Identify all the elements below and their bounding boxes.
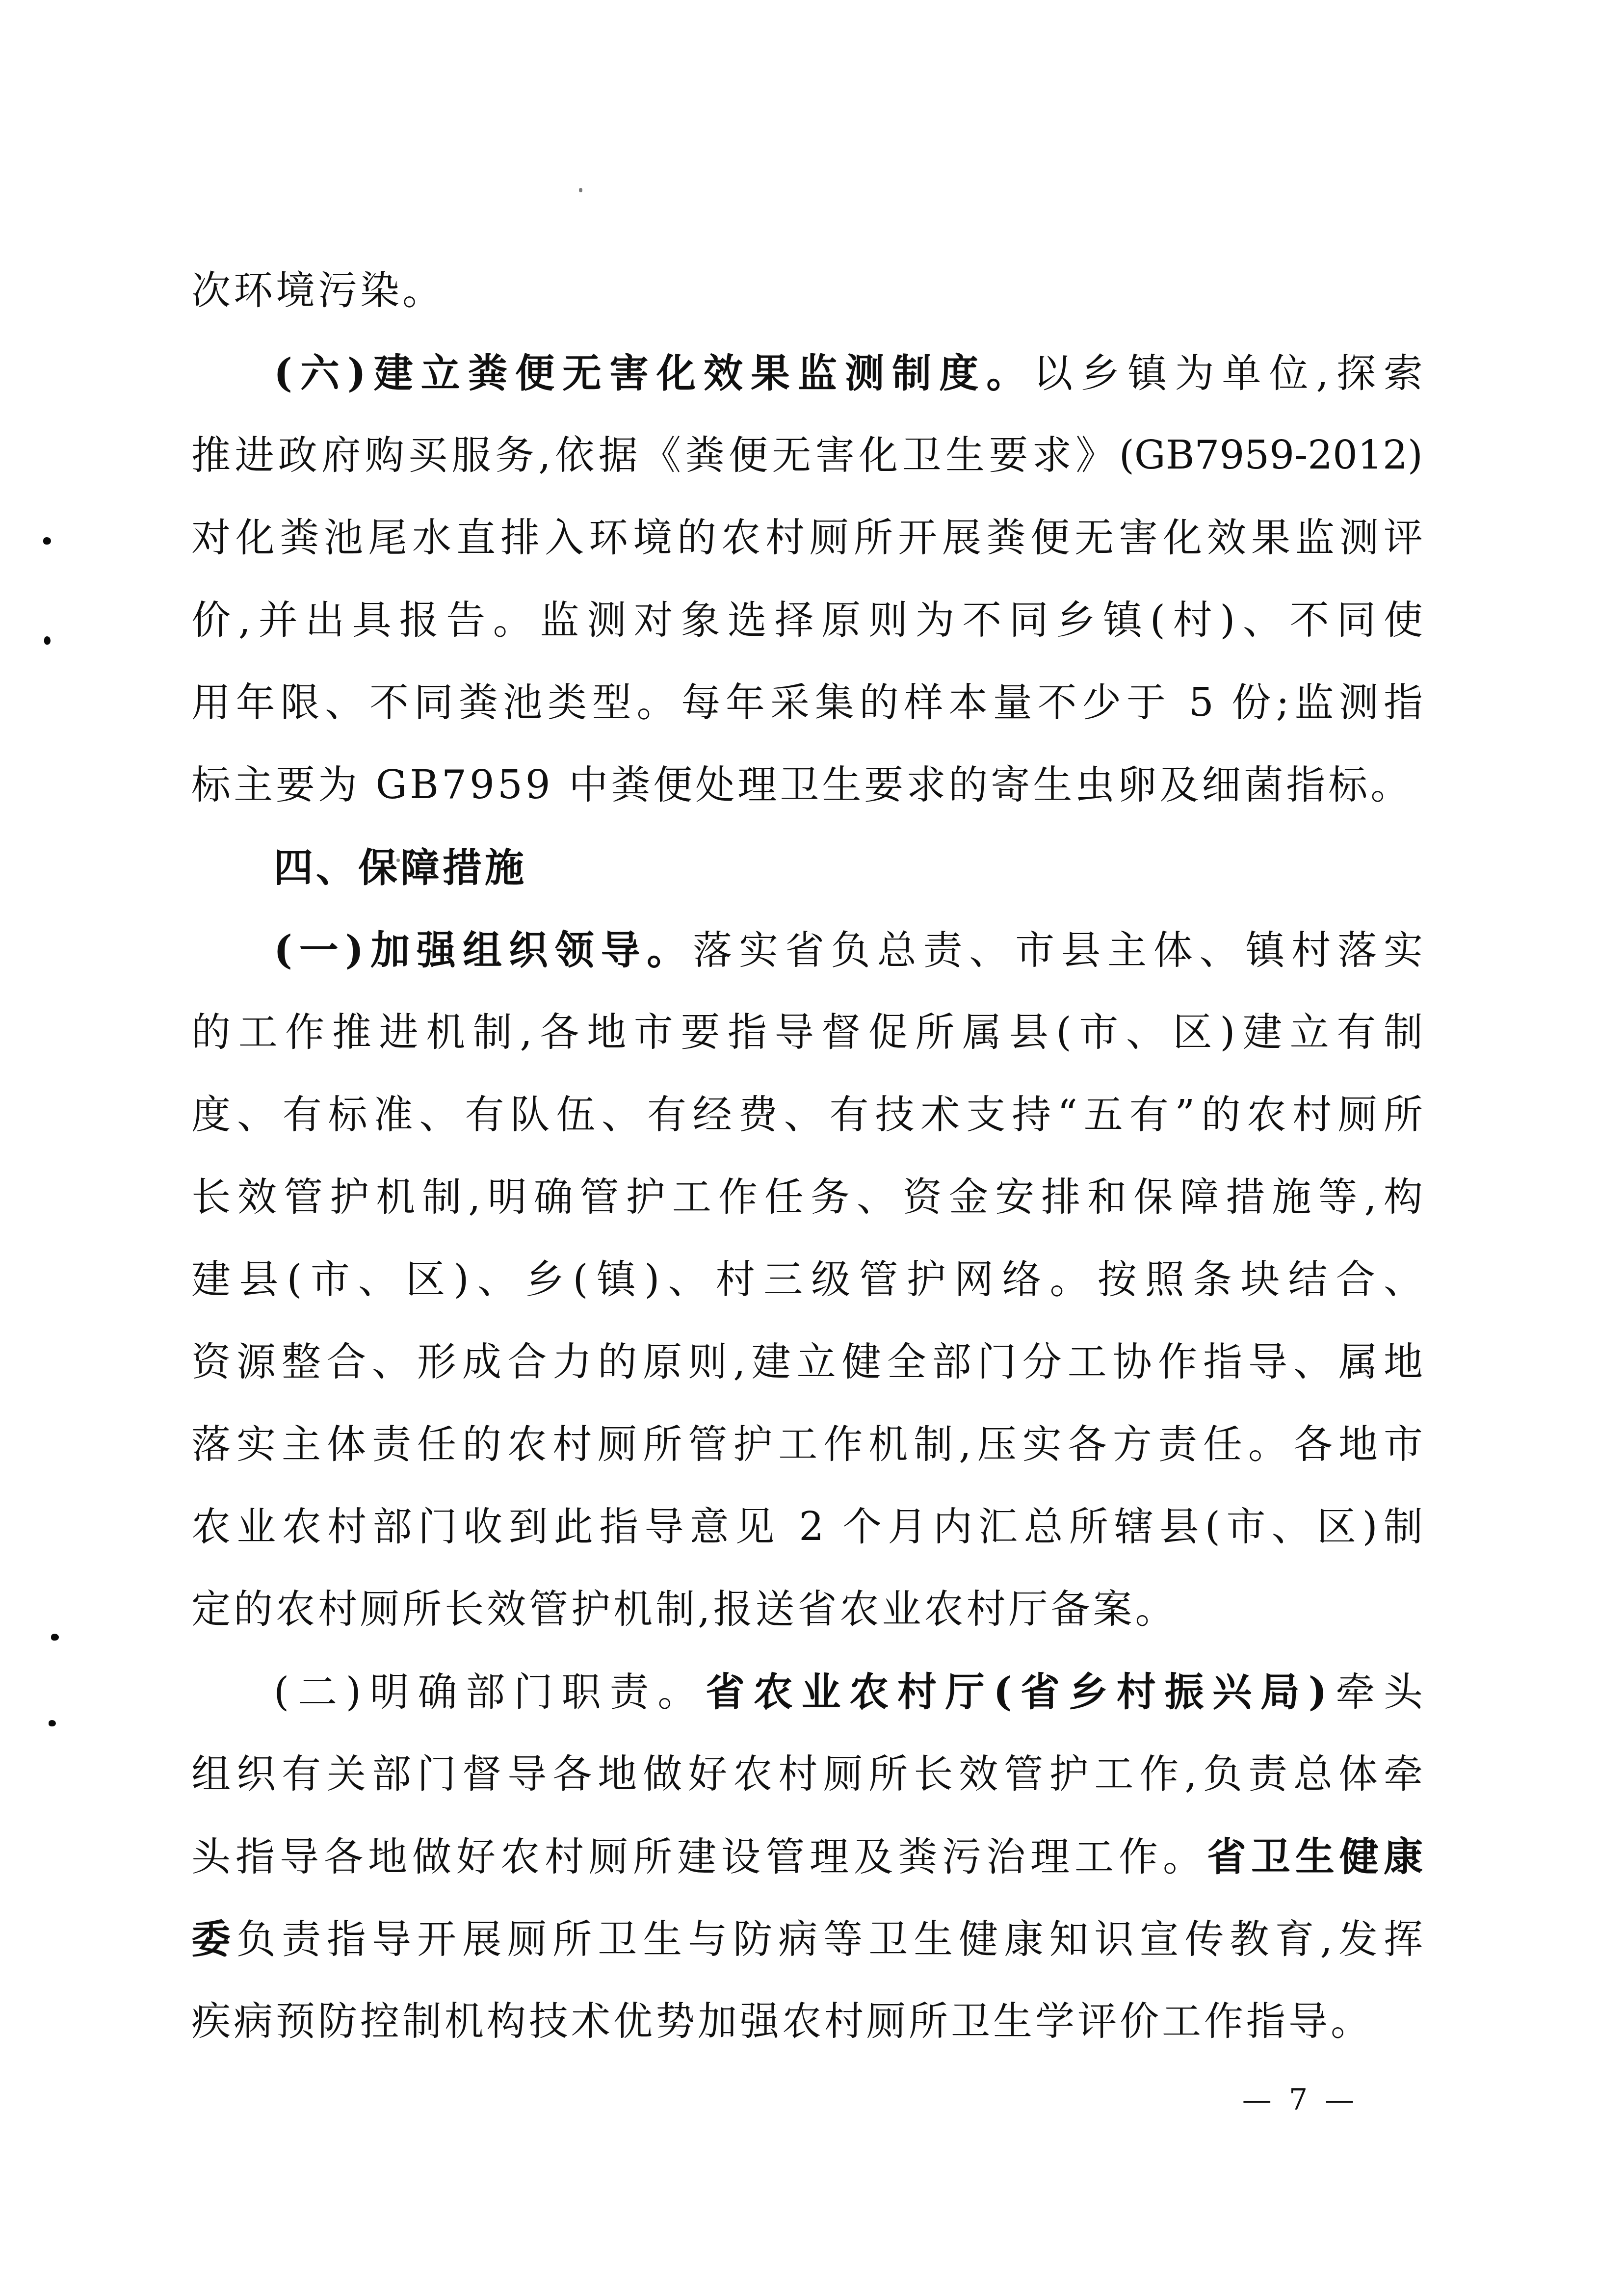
text-line: 疾病预防控制机构技术优势加强农村厕所卫生学评价工作指导。 bbox=[191, 1980, 1423, 2062]
text-segment: 度、有标准、有队伍、有经费、有技术支持“五有”的农村厕所 bbox=[191, 1092, 1423, 1137]
text-line: 价,并出具报告。监测对象选择原则为不同乡镇(村)、不同使 bbox=[191, 579, 1423, 661]
text-line: 组织有关部门督导各地做好农村厕所长效管护工作,负责总体牵 bbox=[191, 1733, 1423, 1815]
text-segment: (二)明确部门职责。 bbox=[274, 1669, 706, 1715]
text-segment: 农业农村部门收到此指导意见 2 个月内汇总所辖县(市、区)制 bbox=[191, 1504, 1423, 1549]
text-segment: 负责指导开展厕所卫生与防病等卫生健康知识宣传教育,发挥 bbox=[236, 1916, 1423, 1962]
text-line: 次环境污染。 bbox=[191, 249, 1423, 332]
text-segment: 推进政府购买服务,依据《粪便无害化卫生要求》(GB7959-2012) bbox=[191, 432, 1423, 478]
text-line: 度、有标准、有队伍、有经费、有技术支持“五有”的农村厕所 bbox=[191, 1073, 1423, 1156]
text-segment: 定的农村厕所长效管护机制,报送省农业农村厅备案。 bbox=[191, 1586, 1177, 1632]
bold-text-segment: 四、保障措施 bbox=[274, 844, 527, 890]
bold-text-segment: (一)加强组织领导。 bbox=[274, 927, 693, 973]
text-line: 资源整合、形成合力的原则,建立健全部门分工协作指导、属地 bbox=[191, 1321, 1423, 1403]
text-segment: 的工作推进机制,各地市要指导督促所属县(市、区)建立有制 bbox=[191, 1009, 1423, 1055]
text-segment: 牵头 bbox=[1327, 1669, 1423, 1715]
text-segment: 价,并出具报告。监测对象选择原则为不同乡镇(村)、不同使 bbox=[191, 597, 1423, 643]
section-heading: 四、保障措施 bbox=[191, 826, 1423, 909]
ink-speck bbox=[51, 1634, 59, 1641]
text-segment: 对化粪池尾水直排入环境的农村厕所开展粪便无害化效果监测评 bbox=[191, 515, 1423, 560]
text-line: (六)建立粪便无害化效果监测制度。以乡镇为单位,探索 bbox=[191, 332, 1423, 414]
text-line: 定的农村厕所长效管护机制,报送省农业农村厅备案。 bbox=[191, 1568, 1423, 1650]
text-segment: 资源整合、形成合力的原则,建立健全部门分工协作指导、属地 bbox=[191, 1339, 1423, 1384]
bold-text-segment: 省农业农村厅(省乡村振兴局) bbox=[706, 1669, 1327, 1715]
ink-speck bbox=[43, 537, 51, 545]
text-line: (二)明确部门职责。省农业农村厅(省乡村振兴局)牵头 bbox=[191, 1650, 1423, 1733]
text-segment: 以乡镇为单位,探索 bbox=[1033, 350, 1423, 396]
text-segment: 建县(市、区)、乡(镇)、村三级管护网络。按照条块结合、 bbox=[191, 1256, 1423, 1302]
text-line: 委负责指导开展厕所卫生与防病等卫生健康知识宣传教育,发挥 bbox=[191, 1898, 1423, 1980]
text-segment: 长效管护机制,明确管护工作任务、资金安排和保障措施等,构 bbox=[191, 1174, 1423, 1220]
text-line: 农业农村部门收到此指导意见 2 个月内汇总所辖县(市、区)制 bbox=[191, 1486, 1423, 1568]
bold-text-segment: 省卫生健康 bbox=[1207, 1833, 1423, 1879]
text-line: 标主要为 GB7959 中粪便处理卫生要求的寄生虫卵及细菌指标。 bbox=[191, 744, 1423, 826]
text-segment: 头指导各地做好农村厕所建设管理及粪污治理工作。 bbox=[191, 1834, 1207, 1879]
text-line: (一)加强组织领导。落实省负总责、市县主体、镇村落实 bbox=[191, 909, 1423, 991]
text-segment: 用年限、不同粪池类型。每年采集的样本量不少于 5 份;监测指 bbox=[191, 679, 1423, 725]
text-segment: 组织有关部门督导各地做好农村厕所长效管护工作,负责总体牵 bbox=[191, 1751, 1423, 1797]
ink-speck bbox=[49, 1720, 56, 1726]
scanned-document-page: 次环境污染。(六)建立粪便无害化效果监测制度。以乡镇为单位,探索推进政府购买服务… bbox=[0, 0, 1624, 2296]
text-line: 长效管护机制,明确管护工作任务、资金安排和保障措施等,构 bbox=[191, 1156, 1423, 1238]
text-block: 次环境污染。(六)建立粪便无害化效果监测制度。以乡镇为单位,探索推进政府购买服务… bbox=[191, 249, 1423, 2062]
text-segment: 疾病预防控制机构技术优势加强农村厕所卫生学评价工作指导。 bbox=[191, 1998, 1373, 2044]
text-line: 用年限、不同粪池类型。每年采集的样本量不少于 5 份;监测指 bbox=[191, 661, 1423, 744]
text-line: 落实主体责任的农村厕所管护工作机制,压实各方责任。各地市 bbox=[191, 1403, 1423, 1486]
text-line: 推进政府购买服务,依据《粪便无害化卫生要求》(GB7959-2012) bbox=[191, 414, 1423, 496]
text-line: 的工作推进机制,各地市要指导督促所属县(市、区)建立有制 bbox=[191, 991, 1423, 1073]
page-number: — 7 — bbox=[1202, 2073, 1398, 2127]
ink-speck bbox=[44, 636, 51, 645]
bold-text-segment: (六)建立粪便无害化效果监测制度。 bbox=[274, 350, 1033, 396]
text-line: 头指导各地做好农村厕所建设管理及粪污治理工作。省卫生健康 bbox=[191, 1815, 1423, 1898]
bold-text-segment: 委 bbox=[191, 1916, 236, 1962]
text-line: 对化粪池尾水直排入环境的农村厕所开展粪便无害化效果监测评 bbox=[191, 496, 1423, 579]
text-segment: 次环境污染。 bbox=[191, 267, 445, 313]
text-segment: 落实主体责任的农村厕所管护工作机制,压实各方责任。各地市 bbox=[191, 1421, 1423, 1467]
text-line: 建县(市、区)、乡(镇)、村三级管护网络。按照条块结合、 bbox=[191, 1238, 1423, 1321]
ink-speck bbox=[579, 188, 582, 192]
text-segment: 标主要为 GB7959 中粪便处理卫生要求的寄生虫卵及细菌指标。 bbox=[191, 762, 1413, 808]
text-segment: 落实省负总责、市县主体、镇村落实 bbox=[693, 927, 1423, 973]
